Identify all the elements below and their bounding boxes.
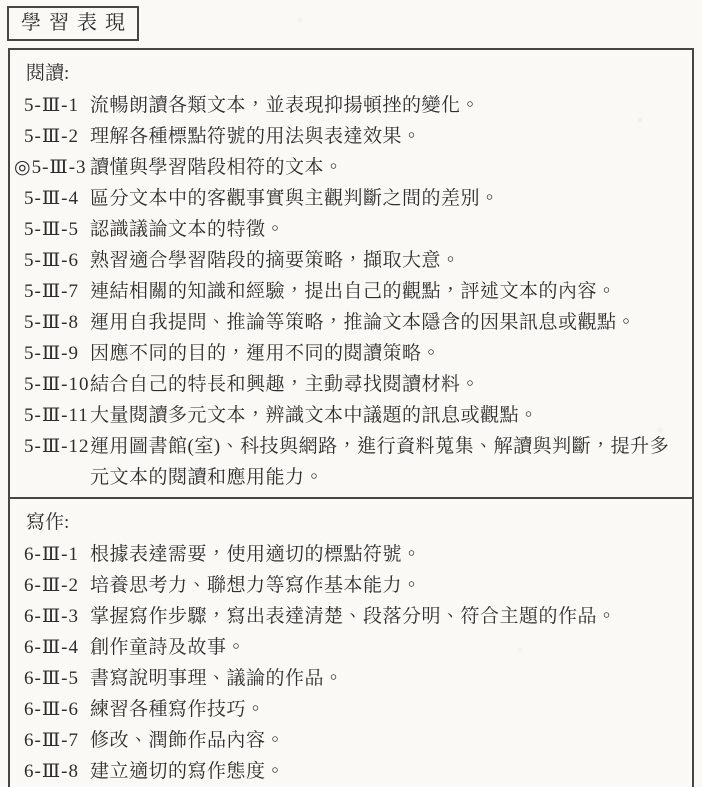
item-text: 讀懂與學習階段相符的文本。 bbox=[90, 152, 682, 183]
item-code: ◎5-Ⅲ-3 bbox=[14, 152, 90, 183]
item-text: 掌握寫作步驟，寫出表達清楚、段落分明、符合主題的作品。 bbox=[90, 601, 682, 632]
item-code: 5-Ⅲ-12 bbox=[24, 431, 90, 462]
item-code: 6-Ⅲ-6 bbox=[24, 694, 90, 725]
item-text: 運用自我提問、推論等策略，推論文本隱含的因果訊息或觀點。 bbox=[90, 307, 682, 338]
item-row: 5-Ⅲ-4 區分文本中的客觀事實與主觀判斷之間的差別。 bbox=[24, 183, 682, 214]
item-code: 5-Ⅲ-10 bbox=[24, 369, 90, 400]
item-text: 書寫說明事理、議論的作品。 bbox=[90, 663, 682, 694]
item-code: 5-Ⅲ-7 bbox=[24, 276, 90, 307]
item-row: 6-Ⅲ-2 培養思考力、聯想力等寫作基本能力。 bbox=[24, 570, 682, 601]
item-text: 因應不同的目的，運用不同的閱讀策略。 bbox=[90, 338, 682, 369]
item-row: 6-Ⅲ-6 練習各種寫作技巧。 bbox=[24, 694, 682, 725]
item-text: 根據表達需要，使用適切的標點符號。 bbox=[90, 539, 682, 570]
item-code: 6-Ⅲ-4 bbox=[24, 632, 90, 663]
item-code: 5-Ⅲ-6 bbox=[24, 245, 90, 276]
item-code: 5-Ⅲ-8 bbox=[24, 307, 90, 338]
item-row: 6-Ⅲ-8 建立適切的寫作態度。 bbox=[24, 756, 682, 787]
item-text: 理解各種標點符號的用法與表達效果。 bbox=[90, 121, 682, 152]
item-code: 6-Ⅲ-1 bbox=[24, 539, 90, 570]
item-code: 6-Ⅲ-5 bbox=[24, 663, 90, 694]
item-code: 5-Ⅲ-11 bbox=[24, 400, 90, 431]
writing-items: 6-Ⅲ-1 根據表達需要，使用適切的標點符號。 6-Ⅲ-2 培養思考力、聯想力等… bbox=[24, 539, 682, 787]
item-row: 6-Ⅲ-4 創作童詩及故事。 bbox=[24, 632, 682, 663]
item-code: 5-Ⅲ-4 bbox=[24, 183, 90, 214]
item-code: 5-Ⅲ-5 bbox=[24, 214, 90, 245]
item-text: 連結相關的知識和經驗，提出自己的觀點，評述文本的內容。 bbox=[90, 276, 682, 307]
item-text: 認識議論文本的特徵。 bbox=[90, 214, 682, 245]
item-row: 6-Ⅲ-5 書寫說明事理、議論的作品。 bbox=[24, 663, 682, 694]
item-text: 流暢朗讀各類文本，並表現抑揚頓挫的變化。 bbox=[90, 90, 682, 121]
item-code: 6-Ⅲ-7 bbox=[24, 725, 90, 756]
item-text: 大量閱讀多元文本，辨識文本中議題的訊息或觀點。 bbox=[90, 400, 682, 431]
section-heading: 閱讀: bbox=[26, 58, 682, 89]
item-row: 5-Ⅲ-10 結合自己的特長和興趣，主動尋找閱讀材料。 bbox=[24, 369, 682, 400]
item-row: 6-Ⅲ-1 根據表達需要，使用適切的標點符號。 bbox=[24, 539, 682, 570]
item-code: 5-Ⅲ-2 bbox=[24, 121, 90, 152]
item-code: 5-Ⅲ-1 bbox=[24, 90, 90, 121]
item-row: 5-Ⅲ-1 流暢朗讀各類文本，並表現抑揚頓挫的變化。 bbox=[24, 90, 682, 121]
writing-section: 寫作: 6-Ⅲ-1 根據表達需要，使用適切的標點符號。 6-Ⅲ-2 培養思考力、… bbox=[10, 497, 692, 787]
reading-items: 5-Ⅲ-1 流暢朗讀各類文本，並表現抑揚頓挫的變化。 5-Ⅲ-2 理解各種標點符… bbox=[24, 90, 682, 493]
section-heading: 寫作: bbox=[26, 507, 682, 538]
item-row: ◎5-Ⅲ-3 讀懂與學習階段相符的文本。 bbox=[24, 152, 682, 183]
performance-table: 閱讀: 5-Ⅲ-1 流暢朗讀各類文本，並表現抑揚頓挫的變化。 5-Ⅲ-2 理解各… bbox=[8, 48, 694, 787]
item-code: 6-Ⅲ-3 bbox=[24, 601, 90, 632]
item-text: 熟習適合學習階段的摘要策略，擷取大意。 bbox=[90, 245, 682, 276]
item-text: 結合自己的特長和興趣，主動尋找閱讀材料。 bbox=[90, 369, 682, 400]
item-text: 創作童詩及故事。 bbox=[90, 632, 682, 663]
item-row: 5-Ⅲ-7 連結相關的知識和經驗，提出自己的觀點，評述文本的內容。 bbox=[24, 276, 682, 307]
item-row: 5-Ⅲ-8 運用自我提問、推論等策略，推論文本隱含的因果訊息或觀點。 bbox=[24, 307, 682, 338]
item-row: 5-Ⅲ-9 因應不同的目的，運用不同的閱讀策略。 bbox=[24, 338, 682, 369]
item-row: 5-Ⅲ-5 認識議論文本的特徵。 bbox=[24, 214, 682, 245]
item-row: 5-Ⅲ-12 運用圖書館(室)、科技與網路，進行資料蒐集、解讀與判斷，提升多元文… bbox=[24, 431, 682, 493]
item-text: 區分文本中的客觀事實與主觀判斷之間的差別。 bbox=[90, 183, 682, 214]
item-code: 5-Ⅲ-9 bbox=[24, 338, 90, 369]
item-text: 建立適切的寫作態度。 bbox=[90, 756, 682, 787]
item-code: 6-Ⅲ-8 bbox=[24, 756, 90, 787]
page-title: 學習表現 bbox=[7, 6, 139, 41]
item-text: 培養思考力、聯想力等寫作基本能力。 bbox=[90, 570, 682, 601]
item-row: 6-Ⅲ-3 掌握寫作步驟，寫出表達清楚、段落分明、符合主題的作品。 bbox=[24, 601, 682, 632]
item-text: 修改、潤飾作品內容。 bbox=[90, 725, 682, 756]
reading-section: 閱讀: 5-Ⅲ-1 流暢朗讀各類文本，並表現抑揚頓挫的變化。 5-Ⅲ-2 理解各… bbox=[10, 50, 692, 497]
item-row: 5-Ⅲ-6 熟習適合學習階段的摘要策略，擷取大意。 bbox=[24, 245, 682, 276]
item-text: 運用圖書館(室)、科技與網路，進行資料蒐集、解讀與判斷，提升多元文本的閱讀和應用… bbox=[90, 431, 682, 493]
item-row: 6-Ⅲ-7 修改、潤飾作品內容。 bbox=[24, 725, 682, 756]
item-text: 練習各種寫作技巧。 bbox=[90, 694, 682, 725]
item-row: 5-Ⅲ-2 理解各種標點符號的用法與表達效果。 bbox=[24, 121, 682, 152]
item-code: 6-Ⅲ-2 bbox=[24, 570, 90, 601]
item-row: 5-Ⅲ-11 大量閱讀多元文本，辨識文本中議題的訊息或觀點。 bbox=[24, 400, 682, 431]
